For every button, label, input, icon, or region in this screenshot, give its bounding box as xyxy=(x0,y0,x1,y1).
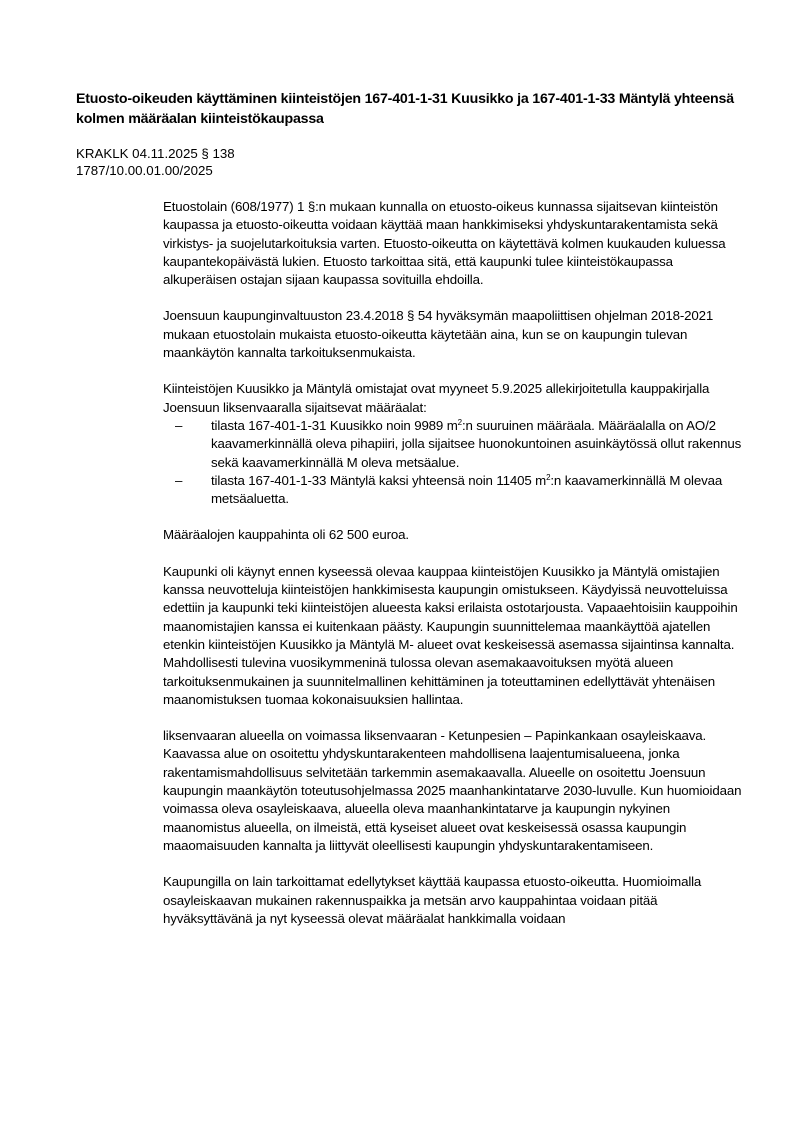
paragraph-negotiations: Kaupunki oli käynyt ennen kyseessä oleva… xyxy=(163,563,743,709)
paragraph-master-plan: liksenvaaran alueella on voimassa liksen… xyxy=(163,727,743,855)
parcel-list: – tilasta 167-401-1-31 Kuusikko noin 998… xyxy=(163,417,743,508)
paragraph-land-policy: Joensuun kaupunginvaltuuston 23.4.2018 §… xyxy=(163,307,743,362)
dash-bullet-icon: – xyxy=(175,472,182,490)
document-title: Etuosto-oikeuden käyttäminen kiinteistöj… xyxy=(76,89,756,129)
paragraph-conclusion: Kaupungilla on lain tarkoittamat edellyt… xyxy=(163,873,743,928)
meeting-reference: KRAKLK 04.11.2025 § 138 xyxy=(76,145,235,162)
list-item: – tilasta 167-401-1-31 Kuusikko noin 998… xyxy=(163,417,743,472)
document-body: Etuostolain (608/1977) 1 §:n mukaan kunn… xyxy=(163,198,743,946)
paragraph-price: Määräalojen kauppahinta oli 62 500 euroa… xyxy=(163,526,743,544)
paragraph-sale-intro: Kiinteistöjen Kuusikko ja Mäntylä omista… xyxy=(163,380,743,417)
dash-bullet-icon: – xyxy=(175,417,182,435)
list-item: – tilasta 167-401-1-33 Mäntylä kaksi yht… xyxy=(163,472,743,509)
paragraph-preemption-law: Etuostolain (608/1977) 1 §:n mukaan kunn… xyxy=(163,198,743,289)
meeting-info: KRAKLK 04.11.2025 § 138 1787/10.00.01.00… xyxy=(76,145,235,179)
record-number: 1787/10.00.01.00/2025 xyxy=(76,162,235,179)
